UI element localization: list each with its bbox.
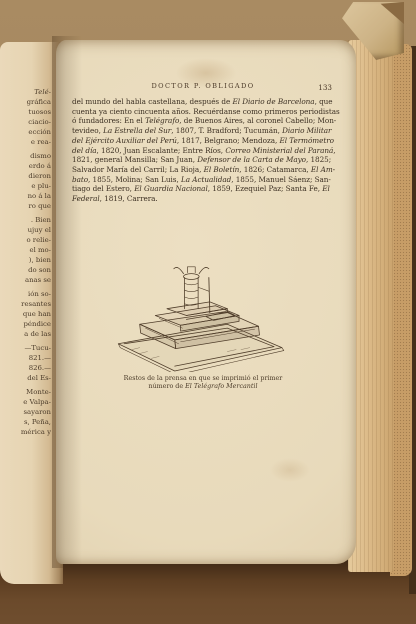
text-segment: cuenta ya ciento cincuenta años. Recuérd… bbox=[72, 107, 340, 116]
text-segment: El Diario de Barcelona bbox=[232, 97, 314, 106]
text-line: a de las bbox=[0, 330, 51, 340]
text-line: do son bbox=[0, 266, 51, 276]
text-segment: e Valpa- bbox=[23, 398, 51, 406]
text-segment: 821.— bbox=[29, 354, 51, 362]
text-segment: , 1826; Catamarca, bbox=[239, 165, 311, 174]
text-line: péndice bbox=[0, 320, 51, 330]
text-segment: La Estrella del Sur bbox=[103, 126, 171, 135]
text-line: Salvador María del Carril; La Rioja, El … bbox=[72, 165, 334, 175]
text-segment: mérica y bbox=[21, 428, 51, 436]
text-segment: no á la bbox=[28, 192, 51, 200]
press-engraving-svg bbox=[110, 260, 296, 372]
text-segment: , 1817, Belgrano; Mendoza, bbox=[177, 136, 280, 145]
text-segment: e plu- bbox=[31, 182, 51, 190]
text-segment: ión so- bbox=[28, 290, 51, 298]
text-line: ó fundadores: En el Telégrafo, de Buenos… bbox=[72, 116, 334, 126]
text-line: Federal, 1819, Carrera. bbox=[72, 194, 334, 204]
text-segment: —Tucu- bbox=[24, 344, 51, 352]
text-segment: El Am- bbox=[311, 165, 335, 174]
text-line: e plu- bbox=[0, 182, 51, 192]
text-segment: El Telégrafo Mercantil bbox=[185, 383, 257, 390]
text-segment: sayaron bbox=[23, 408, 51, 416]
text-segment: Salvador María del Carril; La Rioja, bbox=[72, 165, 204, 174]
text-line: cuenta ya ciento cincuenta años. Recuérd… bbox=[72, 107, 334, 117]
text-line: o relie- bbox=[0, 236, 51, 246]
text-segment: , 1807, T. Bradford; Tucumán, bbox=[171, 126, 282, 135]
text-line: ciacio- bbox=[0, 118, 51, 128]
text-segment: 1821, general Mansilla; San Juan, bbox=[72, 155, 197, 164]
text-segment: Defensor de la Carta de Mayo bbox=[197, 155, 306, 164]
text-line: del Es- bbox=[0, 374, 51, 384]
text-line: —Tucu- bbox=[0, 344, 51, 354]
text-segment: Diario Militar bbox=[282, 126, 331, 135]
text-line: ro que bbox=[0, 202, 51, 212]
text-segment: erdo á bbox=[29, 162, 51, 170]
text-line: 1821, general Mansilla; San Juan, Defens… bbox=[72, 155, 334, 165]
text-segment: , 1825; bbox=[306, 155, 331, 164]
text-line: 826.— bbox=[0, 364, 51, 374]
text-segment: el mo- bbox=[30, 246, 51, 254]
text-line: no á la bbox=[0, 192, 51, 202]
text-segment: Federal bbox=[72, 194, 100, 203]
text-segment: tuosos bbox=[28, 108, 51, 116]
text-line: dieron bbox=[0, 172, 51, 182]
text-line: que han bbox=[0, 310, 51, 320]
text-line: Monte- bbox=[0, 388, 51, 398]
text-segment: El Boletín bbox=[204, 165, 240, 174]
text-line: dismo bbox=[0, 152, 51, 162]
text-line: tuosos bbox=[0, 108, 51, 118]
text-segment: número de bbox=[149, 383, 186, 390]
running-header: DOCTOR P. OBLIGADO bbox=[72, 82, 334, 90]
text-segment: o relie- bbox=[26, 236, 51, 244]
text-line: . Bien bbox=[0, 216, 51, 226]
text-segment: del día bbox=[72, 146, 97, 155]
text-segment: Telé- bbox=[34, 88, 51, 96]
text-segment: , 1820, Juan Escalante; Entre Ríos, bbox=[97, 146, 226, 155]
right-page: DOCTOR P. OBLIGADO 133 del mundo del hab… bbox=[56, 40, 356, 564]
text-segment: tevideo, bbox=[72, 126, 103, 135]
figure-caption: Restos de la prensa en que se imprimió e… bbox=[72, 375, 334, 392]
text-segment: del mundo del habla castellana, después … bbox=[72, 97, 232, 106]
text-segment: dieron bbox=[28, 172, 51, 180]
text-segment: gráfica bbox=[27, 98, 51, 106]
text-segment: tiago del Estero, bbox=[72, 184, 134, 193]
text-line: el mo- bbox=[0, 246, 51, 256]
photo-of-open-book: Telé-gráficatuososciacio-eccióne rea-dis… bbox=[0, 0, 416, 624]
text-segment: , 1855, Molina; San Luis, bbox=[88, 175, 181, 184]
left-page-partial: Telé-gráficatuososciacio-eccióne rea-dis… bbox=[0, 42, 63, 584]
text-segment: , 1859, Ezequiel Paz; Santa Fe, bbox=[208, 184, 323, 193]
text-segment: que han bbox=[23, 310, 51, 318]
text-segment: Monte- bbox=[26, 388, 51, 396]
text-line: ), bien bbox=[0, 256, 51, 266]
text-line: Telé- bbox=[0, 88, 51, 98]
text-segment: e rea- bbox=[31, 138, 51, 146]
text-segment: , que bbox=[315, 97, 333, 106]
text-line: mérica y bbox=[0, 428, 51, 438]
text-segment: do son bbox=[28, 266, 51, 274]
text-line: ión so- bbox=[0, 290, 51, 300]
text-segment: anas se bbox=[25, 276, 51, 284]
text-line: 821.— bbox=[0, 354, 51, 364]
caption-line-2: número de El Telégrafo Mercantil bbox=[72, 383, 334, 392]
text-segment: , bbox=[333, 146, 335, 155]
text-segment: del Es- bbox=[27, 374, 51, 382]
text-line: tiago del Estero, El Guardia Nacional, 1… bbox=[72, 184, 334, 194]
text-line: tevideo, La Estrella del Sur, 1807, T. B… bbox=[72, 126, 334, 136]
text-segment: El bbox=[322, 184, 330, 193]
text-line: gráfica bbox=[0, 98, 51, 108]
text-line: e rea- bbox=[0, 138, 51, 148]
text-line: resantes bbox=[0, 300, 51, 310]
text-line: ujuy el bbox=[0, 226, 51, 236]
text-segment: La Actualidad bbox=[181, 175, 231, 184]
text-segment: . Bien bbox=[31, 216, 51, 224]
text-line: s, Peña, bbox=[0, 418, 51, 428]
text-segment: El Guardia Nacional bbox=[134, 184, 208, 193]
text-line: sayaron bbox=[0, 408, 51, 418]
text-line: del Ejército Auxiliar del Perú, 1817, Be… bbox=[72, 136, 334, 146]
text-line: erdo á bbox=[0, 162, 51, 172]
text-segment: a de las bbox=[24, 330, 51, 338]
text-segment: ó fundadores: En el bbox=[72, 116, 145, 125]
text-line: anas se bbox=[0, 276, 51, 286]
paper-stain bbox=[270, 458, 310, 482]
text-segment: dismo bbox=[30, 152, 51, 160]
text-segment: Restos de la prensa en que se imprimió e… bbox=[124, 375, 283, 382]
text-line: ección bbox=[0, 128, 51, 138]
text-line: del mundo del habla castellana, después … bbox=[72, 97, 334, 107]
text-segment: ciacio- bbox=[28, 118, 51, 126]
text-segment: , de Buenos Aires, al coronel Cabello; M… bbox=[179, 116, 336, 125]
text-segment: 826.— bbox=[29, 364, 51, 372]
text-line: e Valpa- bbox=[0, 398, 51, 408]
text-segment: El Termómetro bbox=[280, 136, 334, 145]
body-paragraph: del mundo del habla castellana, después … bbox=[72, 97, 334, 204]
text-segment: ujuy el bbox=[28, 226, 51, 234]
text-segment: , 1855, Manuel Sáenz; San- bbox=[231, 175, 331, 184]
text-segment: péndice bbox=[24, 320, 51, 328]
text-segment: ro que bbox=[28, 202, 51, 210]
open-book: Telé-gráficatuososciacio-eccióne rea-dis… bbox=[0, 36, 412, 568]
text-segment: Correo Ministerial del Paraná bbox=[225, 146, 333, 155]
text-segment: del Ejército Auxiliar del Perú bbox=[72, 136, 177, 145]
text-segment: resantes bbox=[21, 300, 51, 308]
text-line: bato, 1855, Molina; San Luis, La Actuali… bbox=[72, 175, 334, 185]
text-segment: ección bbox=[28, 128, 51, 136]
page-number: 133 bbox=[318, 83, 332, 92]
text-segment: bato bbox=[72, 175, 88, 184]
page-header: DOCTOR P. OBLIGADO 133 bbox=[72, 82, 334, 95]
text-segment: Telégrafo bbox=[145, 116, 179, 125]
text-segment: s, Peña, bbox=[24, 418, 51, 426]
text-line: del día, 1820, Juan Escalante; Entre Río… bbox=[72, 146, 334, 156]
printing-press-engraving bbox=[110, 260, 296, 372]
text-segment: , 1819, Carrera. bbox=[100, 194, 158, 203]
text-segment: ), bien bbox=[29, 256, 51, 264]
